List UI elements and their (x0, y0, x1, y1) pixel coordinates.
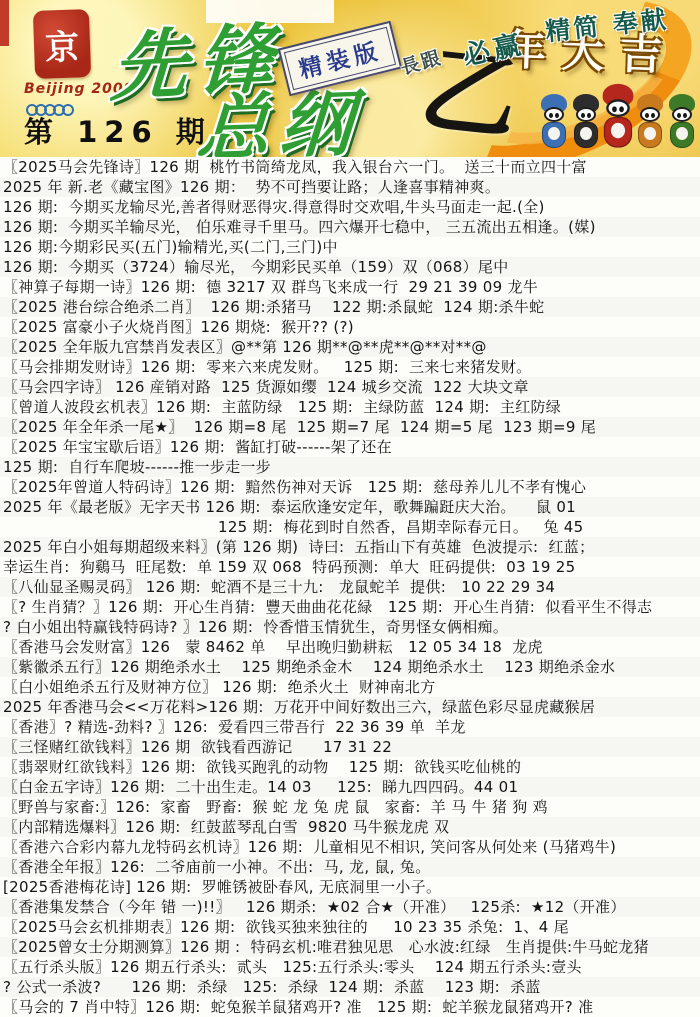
text-line: 2025 年《最老版》无字天书 126 期: 泰运欣逢安定年，歌舞蹁跹庆大治。 … (0, 497, 700, 517)
text-line: 〖2025 富豪小子火烧肖图〗126 期烧: 猴开?? (?) (0, 317, 700, 337)
text-line: 〖2025 年全年杀一尾★〗 126 期=8 尾 125 期=7 尾 124 期… (0, 417, 700, 437)
text-line: ? 白小姐出特赢钱特码诗? 〗126 期: 怜香惜玉情犹生，奇男怪女俩相痴。 (0, 617, 700, 637)
text-line: 2025 年白小姐每期超级来料〗(第 126 期) 诗曰: 五指山下有英雄 色波… (0, 537, 700, 557)
text-line: 〖紫徽杀五行〗126 期绝杀水土 125 期绝杀金木 124 期绝杀水土 123… (0, 657, 700, 677)
text-line: 〖2025马会先锋诗〗126 期 桃竹书筒绮龙凤，我入银台六一门。 送三十而立四… (0, 157, 700, 177)
text-line: 〖五行杀头版〗126 期五行杀头: 贰头 125:五行杀头:零头 124 期五行… (0, 957, 700, 977)
text-line: 〖白小姐绝杀五行及财神方位〗 126 期: 绝杀火土 财神南北方 (0, 677, 700, 697)
text-line: 〖2025 年宝宝歇后语〗126 期: 酱缸打破------架了还在 (0, 437, 700, 457)
text-line: 〖神算子每期一诗〗126 期: 德 3217 双 群鸟飞来成一行 29 21 3… (0, 277, 700, 297)
text-line: 125 期: 自行车爬坡------推一步走一步 (0, 457, 700, 477)
tips-text-body: 〖2025马会先锋诗〗126 期 桃竹书筒绮龙凤，我入银台六一门。 送三十而立四… (0, 157, 700, 1017)
text-line: 〖翡翠财红欲钱料〗126 期: 欲钱买跑乳的动物 125 期: 欲钱买吃仙桃的 (0, 757, 700, 777)
text-line: 〖2025曾女士分期测算〗126 期 : 特码玄机:唯君独见思 心水波:红绿 生… (0, 937, 700, 957)
tip-sheet-page: 乙 年大吉 京 Beijing 2008 第 126 期 先锋 总纲 精装版 長… (0, 0, 700, 1017)
text-line: 〖香港全年报〗126: 二爷庙前一小神。不出: 马, 龙, 鼠, 兔。 (0, 857, 700, 877)
text-line: 〖三怪赌红欲钱料〗126 期 欲钱看西游记 17 31 22 (0, 737, 700, 757)
text-line: 〖香港集发禁合（今年 错 一)!!〗 126 期杀: ★02 合★（开准） 12… (0, 897, 700, 917)
text-line: 〖香港马会发财富〗126 蒙 8462 单 早出晚归勤耕耘 12 05 34 1… (0, 637, 700, 657)
text-line: 〖白金五字诗〗126 期: 二十出生走。14 03 125: 睇九四四码。44 … (0, 777, 700, 797)
mascot-yingying-orange (635, 94, 665, 150)
text-line: 〖马会的 7 肖中特〗126 期: 蛇兔猴羊鼠猪鸡开? 准 125 期: 蛇羊猴… (0, 997, 700, 1017)
text-line: 〖曾道人波段玄机表〗126 期: 主蓝防绿 125 期: 主绿防蓝 124 期:… (0, 397, 700, 417)
text-line: 幸运生肖: 狗鷄马 旺尾数: 单 159 双 068 特码预测: 单大 旺码提供… (0, 557, 700, 577)
text-line: 〖2025马会玄机排期表〗126 期: 欲钱买独来独往的 10 23 35 杀兔… (0, 917, 700, 937)
issue-number: 第 126 期 (24, 110, 212, 151)
edition-ribbon-label: 精装版 (284, 27, 396, 90)
text-line: ? 公式一杀波? 126 期: 杀绿 125: 杀绿 124 期: 杀蓝 123… (0, 977, 700, 997)
text-line: 〖香港〗? 精选-劲料? 〗126: 爱看四三带吾行 22 36 39 单 羊龙 (0, 717, 700, 737)
text-line: 〖香港六合彩内幕九龙特码玄机诗〗126 期: 儿童相见不相识, 笑问客从何处来 … (0, 837, 700, 857)
text-line: 126 期: 今期买羊输尽光， 伯乐难寻千里马。四六爆开七稳中， 三五流出五相逢… (0, 217, 700, 237)
text-line: 〖2025年曾道人特码诗〗126 期: 黯然伤神对天诉 125 期: 慈母养儿儿… (0, 477, 700, 497)
fuwa-mascots (538, 94, 698, 150)
text-line: 〖野兽与家畜:〗126: 家畜 野畜: 猴 蛇 龙 兔 虎 鼠 家畜: 羊 马 … (0, 797, 700, 817)
text-line: 〖马会四字诗〗 126 産销对路 125 货源如缨 124 城乡交流 122 大… (0, 377, 700, 397)
text-line: 〖内部精选爆料〗126 期: 红鼓蓝琴乱白雪 9820 马牛猴龙虎 双 (0, 817, 700, 837)
text-line: 〖八仙显圣赐灵码〗 126 期: 蛇酒不是三十九: 龙鼠蛇羊 提供: 10 22… (0, 577, 700, 597)
dancing-beijing-seal-icon: 京 (33, 9, 91, 79)
text-line: 126 期: 今期买（3724）输尽光， 今期彩民买单（159）双（068）尾中 (0, 257, 700, 277)
mascot-huanhuan-red (600, 84, 635, 150)
text-lines: 〖2025马会先锋诗〗126 期 桃竹书筒绮龙凤，我入银台六一门。 送三十而立四… (0, 157, 700, 1017)
text-line: 〖2025 港台综合绝杀二肖〗 126 期:杀猪马 122 期:杀鼠蛇 124 … (0, 297, 700, 317)
text-line: [2025香港梅花诗] 126 期: 罗帷锈被卧春风, 无底洞里一小子。 (0, 877, 700, 897)
text-line: 2025 年 新.老《藏宝图》126 期： 势不可挡要让路；人逢喜事精神爽。 (0, 177, 700, 197)
mascot-nini-green (667, 94, 697, 150)
text-line: 〖马会排期发财诗〗126 期: 零来六来虎发财。 125 期: 三来七来猪发财。 (0, 357, 700, 377)
text-line: 〖? 生肖猜？〗126 期: 开心生肖猜: 豐天曲曲花花緑 125 期: 开心生… (0, 597, 700, 617)
text-line: 125 期: 梅花到时自然香，昌期幸际春元日。 兔 45 (0, 517, 700, 537)
mascot-jingjing-black (571, 94, 601, 150)
text-line: 126 期: 今期买龙输尽光,善者得财恶得灾.得意得时交欢唱,牛头马面走一起.(… (0, 197, 700, 217)
text-line: 〖2025 全年版九宫禁肖发表区〗@**第 126 期**@**虎**@**对*… (0, 337, 700, 357)
mascot-beibei-blue (539, 94, 569, 150)
red-corner-mark (0, 0, 9, 46)
text-line: 126 期:今期彩民买(五门)输精光,买(二门,三门)中 (0, 237, 700, 257)
text-line: 2025 年香港马会<<万花料>126 期: 万花开中间好数出三六，绿蓝色彩尽显… (0, 697, 700, 717)
masthead: 乙 年大吉 京 Beijing 2008 第 126 期 先锋 总纲 精装版 長… (0, 0, 700, 157)
